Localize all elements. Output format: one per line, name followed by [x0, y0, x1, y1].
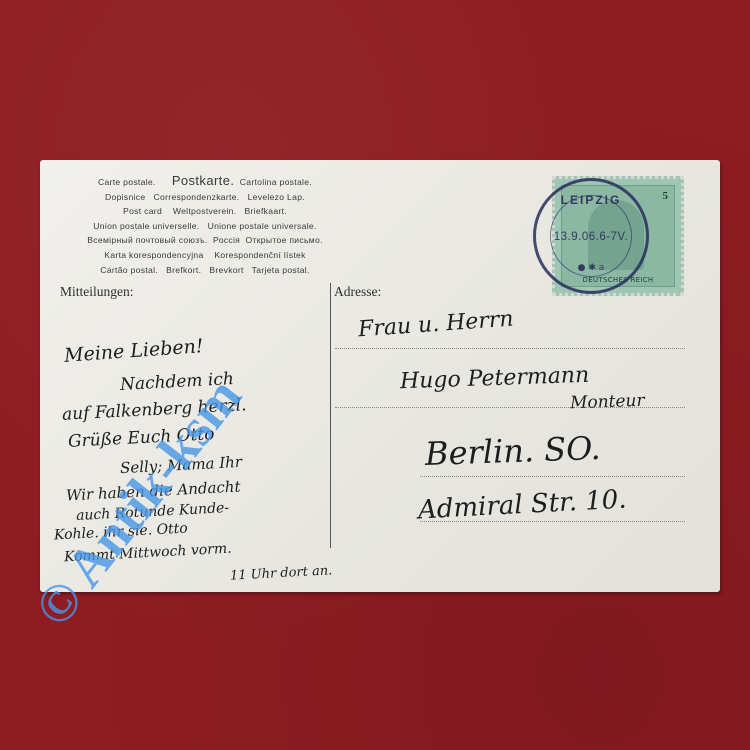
- header-line: Post card Weltpostverein. Briefkaart.: [40, 204, 370, 219]
- card-divider-line: [330, 283, 331, 548]
- postmark-city: LEIPZIG: [536, 193, 646, 207]
- address-dotted-line: [335, 348, 685, 349]
- header-line: Karta korespondencyjna Korespondenční lí…: [40, 248, 370, 263]
- postmark-star-icon: ● ✱ a: [536, 263, 646, 273]
- address-dotted-line: [420, 476, 685, 477]
- message-line: 11 Uhr dort an.: [230, 563, 333, 583]
- address-line: Frau u. Herrn: [357, 307, 514, 343]
- message-line: Meine Lieben!: [63, 335, 204, 367]
- header-line: Всемiрный почтовый союзъ. Россiя Открыто…: [40, 233, 370, 248]
- printed-multilingual-header: Carte postale. Postkarte. Cartolina post…: [40, 174, 370, 277]
- address-line: Admiral Str. 10.: [417, 485, 627, 526]
- address-line: Berlin. SO.: [424, 429, 601, 473]
- address-label: Adresse:: [334, 284, 381, 300]
- address-line: Monteur: [570, 391, 645, 414]
- header-line: Union postale universelle. Unione postal…: [40, 219, 370, 234]
- postkarte-title: Postkarte.: [172, 173, 235, 188]
- header-line: Cartão postal. Brefkort. Brevkort Tarjet…: [40, 263, 370, 278]
- message-label: Mitteilungen:: [60, 284, 134, 300]
- address-line: Hugo Petermann: [400, 363, 590, 395]
- postmark-date: 13.9.06.6-7V.: [536, 231, 646, 243]
- stamp-value: 5: [663, 190, 669, 202]
- header-line: Dopisnice Correspondenzkarte. Levelezo L…: [40, 190, 370, 205]
- header-line: Carte postale. Postkarte. Cartolina post…: [40, 174, 370, 190]
- postmark-cancellation: LEIPZIG 13.9.06.6-7V. ● ✱ a: [533, 178, 649, 294]
